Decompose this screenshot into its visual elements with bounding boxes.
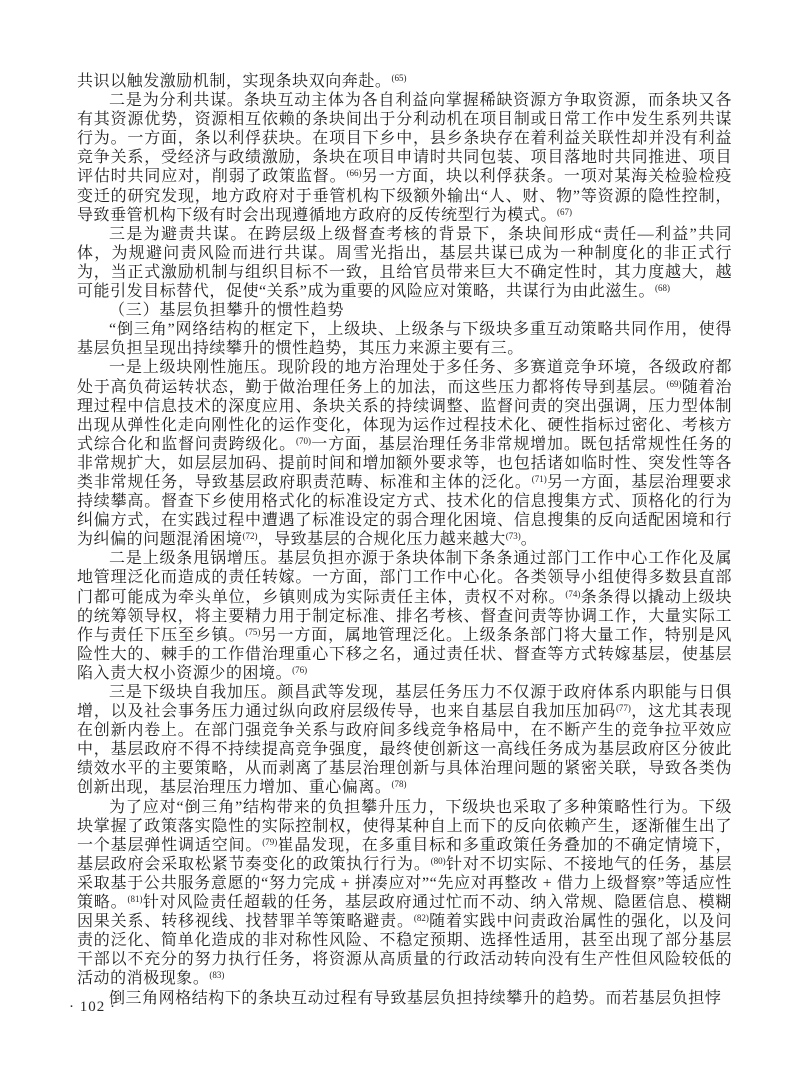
body-text: ，导致基层的合规化压力越来越大 [258, 531, 506, 548]
footnote-ref: (72) [243, 531, 258, 541]
footnote-ref: (68) [655, 283, 670, 293]
body-text: 一是上级块刚性施压。现阶段的地方治理处于多任务、多赛道竞争环境，各级政府都处于高… [77, 359, 732, 395]
body-text: 。 [521, 531, 538, 548]
body-text: （三）基层负担攀升的惯性趋势 [109, 302, 344, 319]
paragraph: 倒三角网格结构下的条块互动过程有导致基层负担持续攀升的趋势。而若基层负担悖 [77, 989, 732, 1008]
page-number: · 102 · [69, 999, 116, 1016]
footnote-ref: (71) [532, 474, 547, 484]
footnote-ref: (74) [565, 589, 580, 599]
paragraph: “倒三角”网络结构的框定下，上级块、上级条与下级块多重互动策略共同作用，使得基层… [77, 320, 732, 358]
footnote-ref: (82) [414, 913, 429, 923]
paragraph: 二是上级条甩锅增压。基层负担亦源于条块体制下条条通过部门工作中心工作化及属地管理… [77, 549, 732, 683]
footnote-ref: (78) [391, 779, 406, 789]
footnote-ref: (79) [262, 837, 277, 847]
paragraph: 为了应对“倒三角”结构带来的负担攀升压力，下级块也采取了多种策略性行为。下级块掌… [77, 798, 732, 989]
paragraph: 二是为分利共谋。条块互动主体为各自利益向掌握稀缺资源方争取资源，而条块又各有其资… [77, 91, 732, 225]
footnote-ref: (65) [391, 73, 406, 83]
footnote-ref: (67) [557, 207, 572, 217]
section-heading: （三）基层负担攀升的惯性趋势 [77, 301, 732, 320]
body-text: “倒三角”网络结构的框定下，上级块、上级条与下级块多重互动策略共同作用，使得基层… [77, 321, 732, 357]
footnote-ref: (73) [506, 531, 521, 541]
footnote-ref: (69) [666, 379, 681, 389]
footnote-ref: (81) [128, 894, 143, 904]
paragraph: 一是上级块刚性施压。现阶段的地方治理处于多任务、多赛道竞争环境，各级政府都处于高… [77, 358, 732, 549]
text-block: 共识以触发激励机制，实现条块双向奔赴。(65)二是为分利共谋。条块互动主体为各自… [77, 72, 732, 1008]
document-page: 共识以触发激励机制，实现条块双向奔赴。(65)二是为分利共谋。条块互动主体为各自… [0, 0, 793, 1077]
footnote-ref: (76) [292, 665, 307, 675]
footnote-ref: (83) [209, 970, 224, 980]
body-text: 倒三角网格结构下的条块互动过程有导致基层负担持续攀升的趋势。而若基层负担悖 [109, 990, 721, 1007]
body-text: 三是为避责共谋。在跨层级上级督查考核的背景下，条块间形成“责任—利益”共同体，为… [77, 226, 732, 300]
body-text: 共识以触发激励机制，实现条块双向奔赴。 [77, 73, 391, 90]
footnote-ref: (75) [245, 627, 260, 637]
footnote-ref: (77) [616, 703, 631, 713]
paragraph: 三是为避责共谋。在跨层级上级督查考核的背景下，条块间形成“责任—利益”共同体，为… [77, 225, 732, 301]
footnote-ref: (70) [296, 436, 311, 446]
paragraph: 共识以触发激励机制，实现条块双向奔赴。(65) [77, 72, 732, 91]
footnote-ref: (66) [346, 168, 361, 178]
paragraph: 三是下级块自我加压。颜昌武等发现，基层任务压力不仅源于政府体系内职能与日俱增，以… [77, 683, 732, 798]
footnote-ref: (80) [431, 856, 446, 866]
